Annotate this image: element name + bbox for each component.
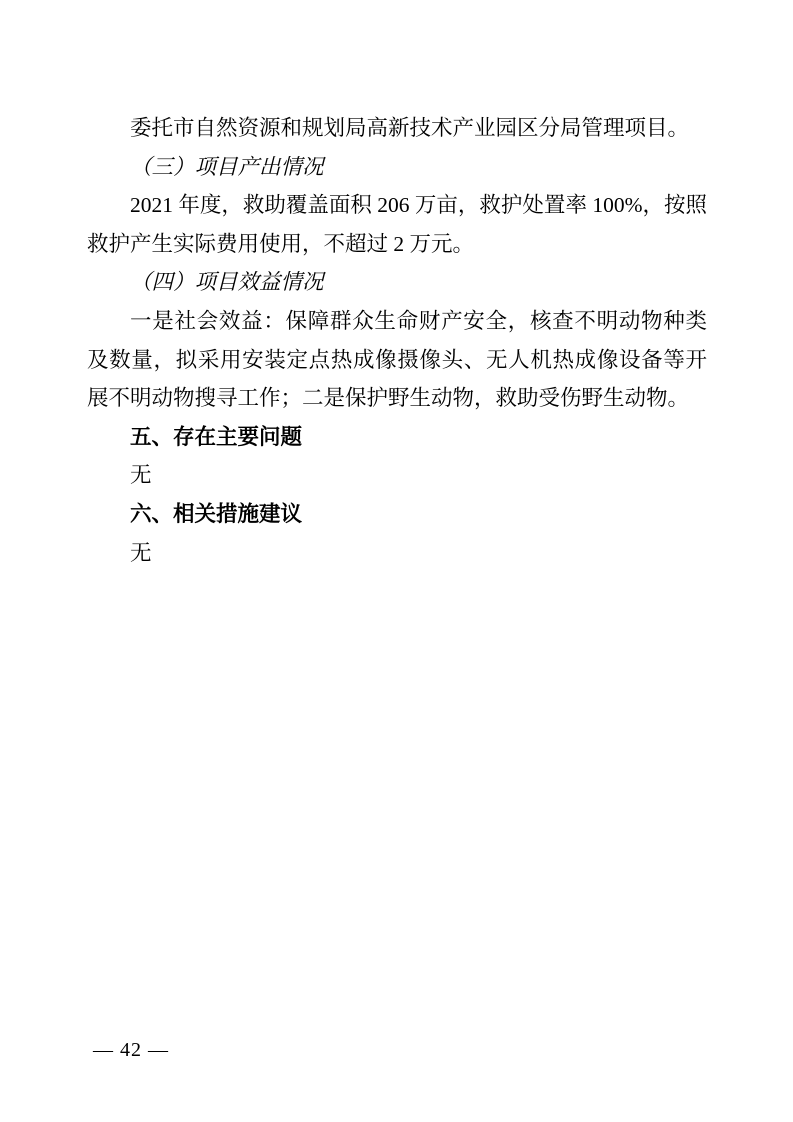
page-number: — 42 — <box>93 1038 169 1062</box>
subheading-project-benefit: （四）项目效益情况 <box>87 263 707 302</box>
document-page: 委托市自然资源和规划局高新技术产业园区分局管理项目。 （三）项目产出情况 202… <box>0 0 793 1122</box>
paragraph-project-output-detail: 2021 年度，救助覆盖面积 206 万亩，救护处置率 100%，按照救护产生实… <box>87 186 707 263</box>
subheading-project-output: （三）项目产出情况 <box>87 148 707 187</box>
section-heading-related-measures: 六、相关措施建议 <box>87 495 707 534</box>
paragraph-none-1: 无 <box>87 456 707 495</box>
section-heading-main-problems: 五、存在主要问题 <box>87 418 707 457</box>
paragraph-commissioned-management: 委托市自然资源和规划局高新技术产业园区分局管理项目。 <box>87 109 707 148</box>
paragraph-none-2: 无 <box>87 534 707 573</box>
paragraph-project-benefit-detail: 一是社会效益：保障群众生命财产安全，核查不明动物种类及数量，拟采用安装定点热成像… <box>87 302 707 418</box>
document-body: 委托市自然资源和规划局高新技术产业园区分局管理项目。 （三）项目产出情况 202… <box>87 109 707 572</box>
